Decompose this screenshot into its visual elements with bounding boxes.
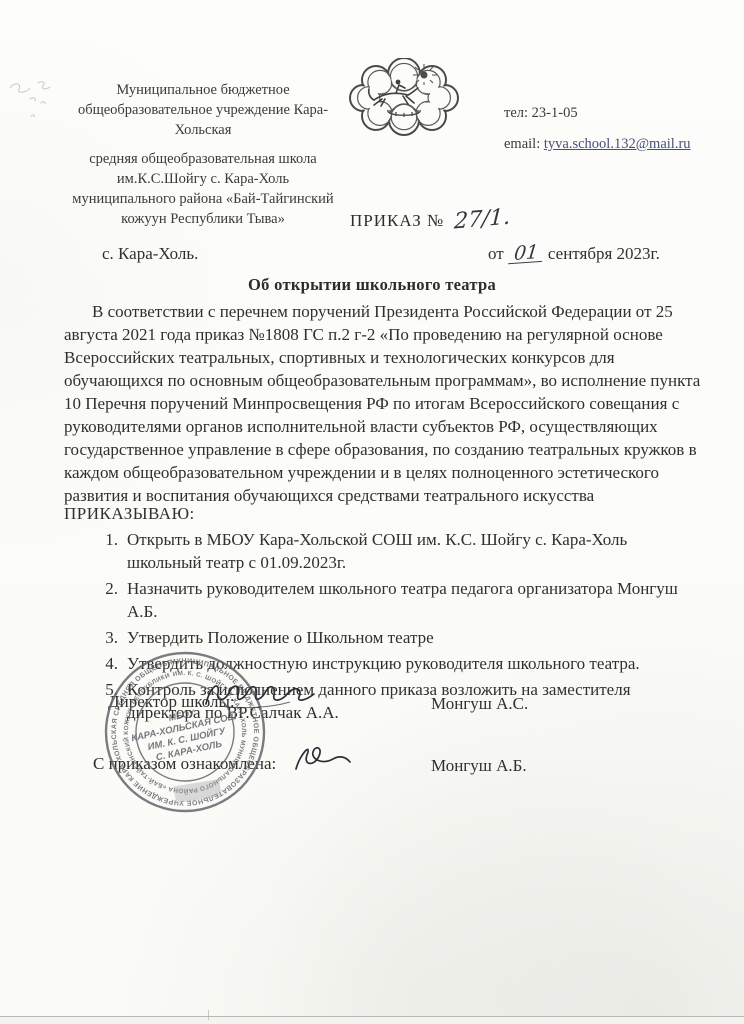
acknowledged-name: Монгуш А.Б. xyxy=(431,756,527,776)
scan-edge-tick xyxy=(208,1010,209,1020)
org-name-line2: средняя общеобразовательная школа им.К.С… xyxy=(64,149,342,229)
list-item-number xyxy=(98,626,118,649)
directive-label: ПРИКАЗЫВАЮ: xyxy=(64,504,195,524)
tyva-emblem-icon xyxy=(346,58,464,138)
acknowledged-signature-icon xyxy=(286,736,360,776)
list-item-text: Утвердить Положение о Школьном театре xyxy=(127,626,694,649)
stamp-smudge xyxy=(174,779,222,803)
director-signature-icon xyxy=(200,672,320,714)
list-item-text: Назначить руководителем школьного театра… xyxy=(127,577,694,623)
list-item: Назначить руководителем школьного театра… xyxy=(98,577,694,623)
phone: тел: 23-1-05 xyxy=(504,104,724,122)
pencil-scribble-artifact xyxy=(4,66,68,122)
order-title-row: ПРИКАЗ № 27/1. xyxy=(350,207,511,232)
date-line: от 01 сентября 2023г. xyxy=(488,244,660,264)
date-prefix: от xyxy=(488,244,504,264)
order-number-handwritten: 27/1. xyxy=(454,204,512,234)
list-item-number xyxy=(98,528,118,574)
email-row: email: tyva.school.132@mail.ru xyxy=(504,135,724,153)
list-item: Утвердить Положение о Школьном театре xyxy=(98,626,694,649)
date-suffix: сентября 2023г. xyxy=(548,244,660,264)
order-label: ПРИКАЗ № xyxy=(350,211,444,231)
list-item-number xyxy=(98,577,118,623)
org-name-block: Муниципальное бюджетное общеобразователь… xyxy=(64,80,342,229)
list-item-text: Открыть в МБОУ Кара-Хольской СОШ им. К.С… xyxy=(127,528,694,574)
email-label: email: xyxy=(504,136,540,152)
director-name: Монгуш А.С. xyxy=(431,694,528,714)
list-item: Открыть в МБОУ Кара-Хольской СОШ им. К.С… xyxy=(98,528,694,574)
date-day-handwritten: 01 xyxy=(508,244,544,265)
scan-edge-strip xyxy=(0,1017,744,1024)
preamble-paragraph: В соответствии с перечнем поручений През… xyxy=(64,300,706,507)
org-name-line1: Муниципальное бюджетное общеобразователь… xyxy=(64,80,342,140)
contact-block: тел: 23-1-05 email: tyva.school.132@mail… xyxy=(504,104,724,166)
scanned-order-document: Муниципальное бюджетное общеобразователь… xyxy=(0,0,744,1024)
email-link[interactable]: tyva.school.132@mail.ru xyxy=(544,136,691,152)
order-subject-title: Об открытии школьного театра xyxy=(0,275,744,295)
place-name: с. Кара-Холь. xyxy=(102,244,198,264)
